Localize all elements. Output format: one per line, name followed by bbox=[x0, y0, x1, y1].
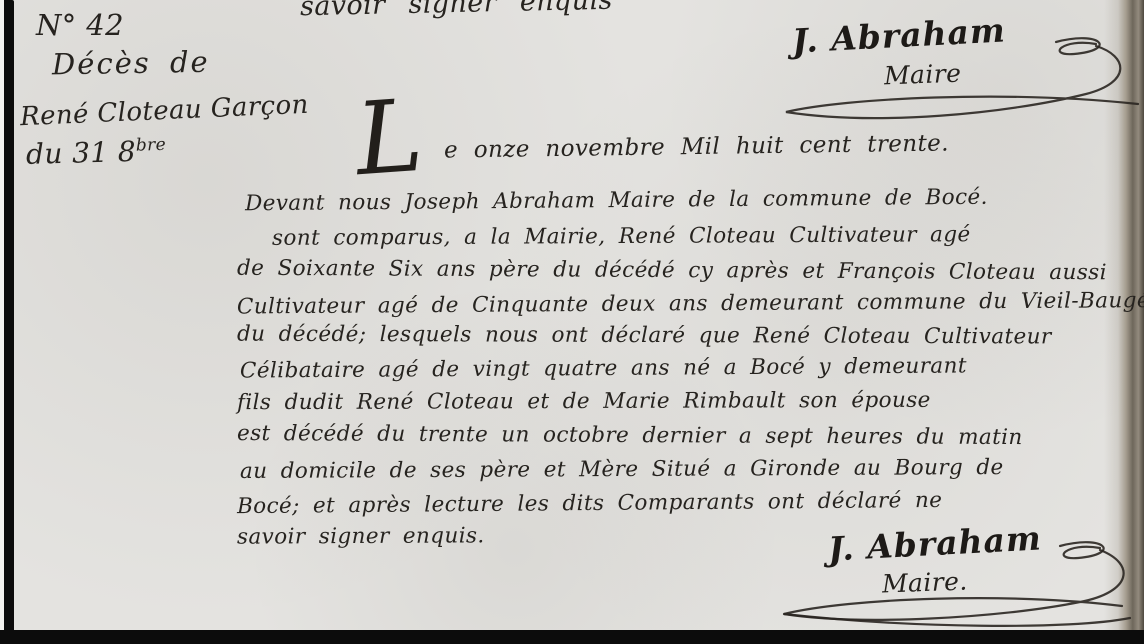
act-number: N° 42 bbox=[36, 8, 124, 42]
body-line: Bocé; et après lecture les dits Comparan… bbox=[237, 488, 943, 519]
body-line: Devant nous Joseph Abraham Maire de la c… bbox=[245, 185, 988, 216]
margin-date-superscript: bre bbox=[136, 135, 167, 156]
margin-deceased-name: René Cloteau Garçon bbox=[19, 90, 309, 133]
margin-title-line: Décès de bbox=[52, 45, 210, 82]
body-line: au domicile de ses père et Mère Situé a … bbox=[240, 455, 1004, 484]
body-line: du décédé; lesquels nous ont déclaré que… bbox=[237, 322, 1052, 350]
body-line: fils dudit René Cloteau et de Marie Rimb… bbox=[237, 388, 931, 415]
margin-date-line: du 31 8bre bbox=[26, 134, 167, 171]
body-line: Célibataire agé de vingt quatre ans né a… bbox=[240, 353, 967, 383]
manuscript-page: savoir signer enquis J. Abraham Maire N°… bbox=[0, 0, 1144, 644]
body-line: sont comparus, a la Mairie, René Cloteau… bbox=[272, 222, 971, 251]
body-line: Cultivateur agé de Cinquante deux ans de… bbox=[237, 288, 1144, 320]
opening-line: e onze novembre Mil huit cent trente. bbox=[444, 130, 949, 163]
bottom-signature-flourish-icon bbox=[770, 540, 1144, 640]
page-bottom-border bbox=[0, 630, 1144, 644]
body-line: est décédé du trente un octobre dernier … bbox=[237, 421, 1023, 450]
opening-initial: L bbox=[353, 86, 426, 190]
previous-act-fragment: savoir signer enquis bbox=[300, 0, 613, 22]
body-line: de Soixante Six ans père du décédé cy ap… bbox=[237, 256, 1107, 286]
margin-date-main: du 31 8 bbox=[26, 135, 137, 171]
top-signature-flourish-icon bbox=[756, 34, 1144, 144]
page-left-border bbox=[4, 0, 14, 644]
body-line: savoir signer enquis. bbox=[237, 523, 485, 549]
